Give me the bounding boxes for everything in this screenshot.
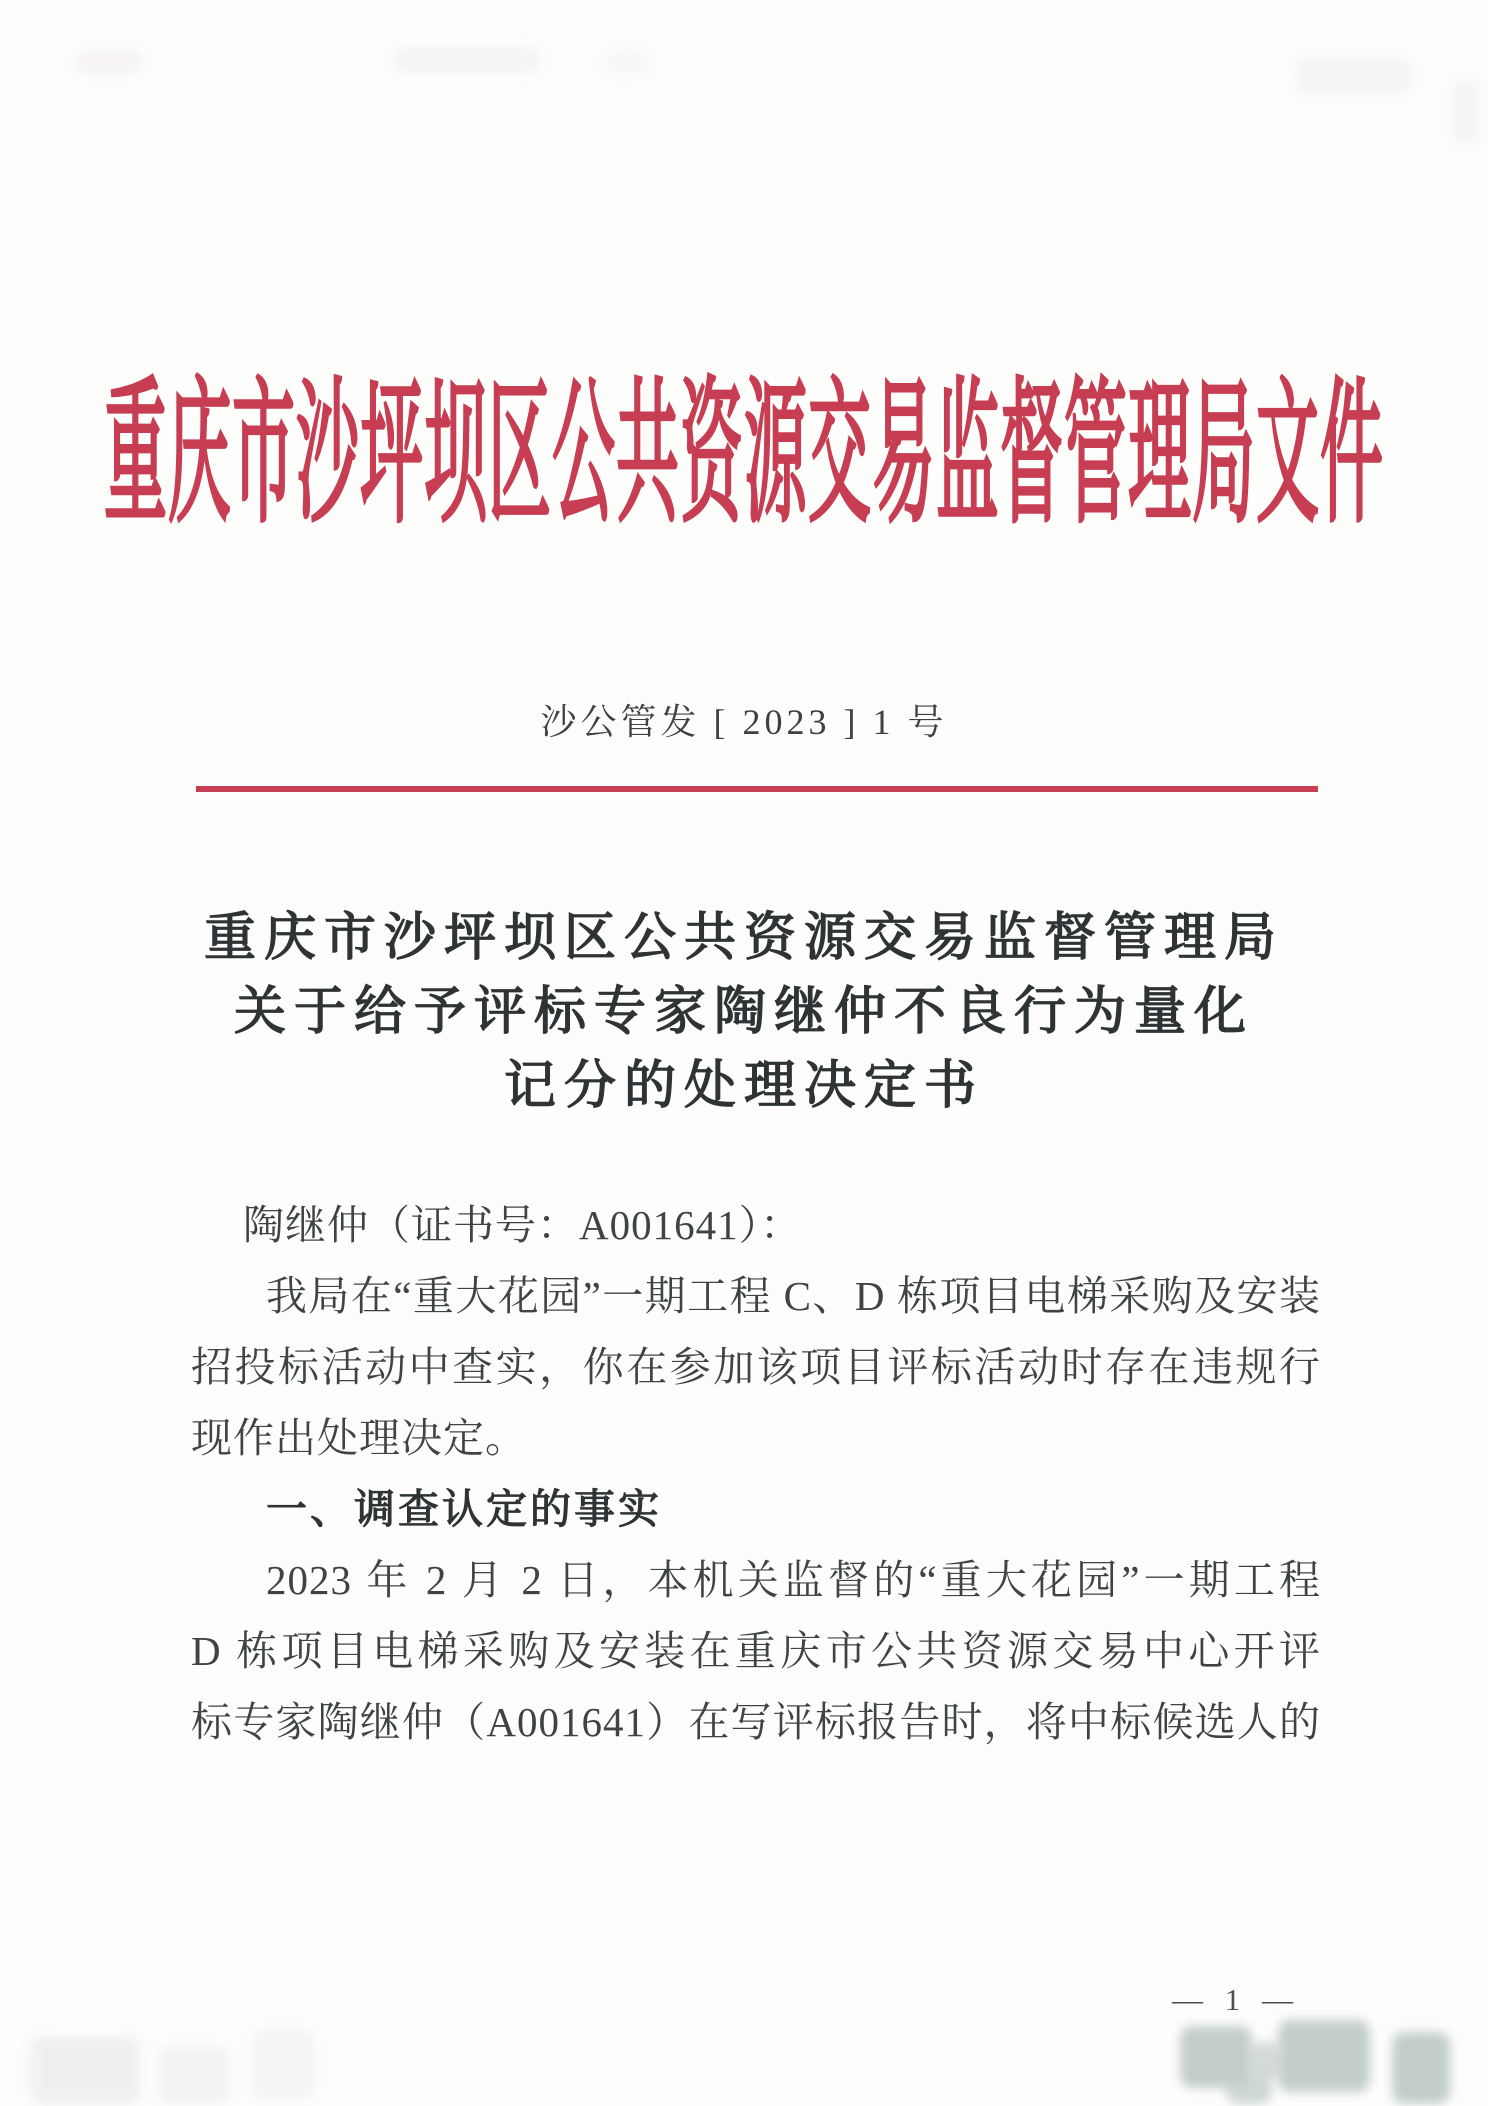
red-divider-rule — [196, 786, 1318, 792]
scanned-document-page: 重庆市沙坪坝区公共资源交易监督管理局文件 沙公管发 [ 2023 ] 1 号 重… — [0, 0, 1488, 2106]
document-title-line-1: 重庆市沙坪坝区公共资源交易监督管理局 — [0, 902, 1488, 976]
scan-artifact — [76, 50, 142, 74]
section1-heading: 一、调查认定的事实 — [191, 1474, 1321, 1545]
scan-artifact — [1180, 2026, 1252, 2088]
document-body: 陶继仲（证书号：A001641）： 我局在“重大花园”一期工程 C、D 栋项目电… — [191, 1190, 1321, 1758]
paragraph2-line-2: D 栋项目电梯采购及安装在重庆市公共资源交易中心开评标。评 — [191, 1616, 1321, 1687]
document-title: 重庆市沙坪坝区公共资源交易监督管理局 关于给予评标专家陶继仲不良行为量化 记分的… — [0, 902, 1488, 1124]
page-number: — 1 — — [1172, 1982, 1300, 2018]
scan-artifact — [392, 46, 540, 74]
scan-artifact — [1392, 2032, 1450, 2104]
scan-artifact — [1226, 2076, 1272, 2104]
document-title-line-2: 关于给予评标专家陶继仲不良行为量化 — [0, 976, 1488, 1050]
paragraph1-line-3: 现作出处理决定。 — [191, 1403, 1321, 1474]
document-reference-number: 沙公管发 [ 2023 ] 1 号 — [0, 694, 1488, 745]
paragraph2-line-3: 标专家陶继仲（A001641）在写评标报告时，将中标候选人的投 — [191, 1687, 1321, 1758]
scan-artifact — [1278, 2020, 1370, 2092]
scan-artifact — [604, 52, 650, 74]
scan-artifact — [252, 2030, 314, 2100]
scan-artifact — [1248, 2042, 1282, 2082]
paragraph2-line-1: 2023 年 2 月 2 日，本机关监督的“重大花园”一期工程 C、 — [191, 1545, 1321, 1616]
document-title-line-3: 记分的处理决定书 — [0, 1050, 1488, 1124]
scan-artifact — [1452, 80, 1478, 144]
scan-artifact — [1296, 58, 1412, 94]
paragraph1-line-1: 我局在“重大花园”一期工程 C、D 栋项目电梯采购及安装 — [191, 1261, 1321, 1332]
letterhead-title: 重庆市沙坪坝区公共资源交易监督管理局文件 — [0, 378, 1488, 536]
salutation-line: 陶继仲（证书号：A001641）： — [191, 1190, 1321, 1261]
paragraph1-line-2: 招投标活动中查实，你在参加该项目评标活动时存在违规行为， — [191, 1332, 1321, 1403]
scan-artifact — [158, 2046, 230, 2104]
scan-artifact — [30, 2036, 140, 2104]
